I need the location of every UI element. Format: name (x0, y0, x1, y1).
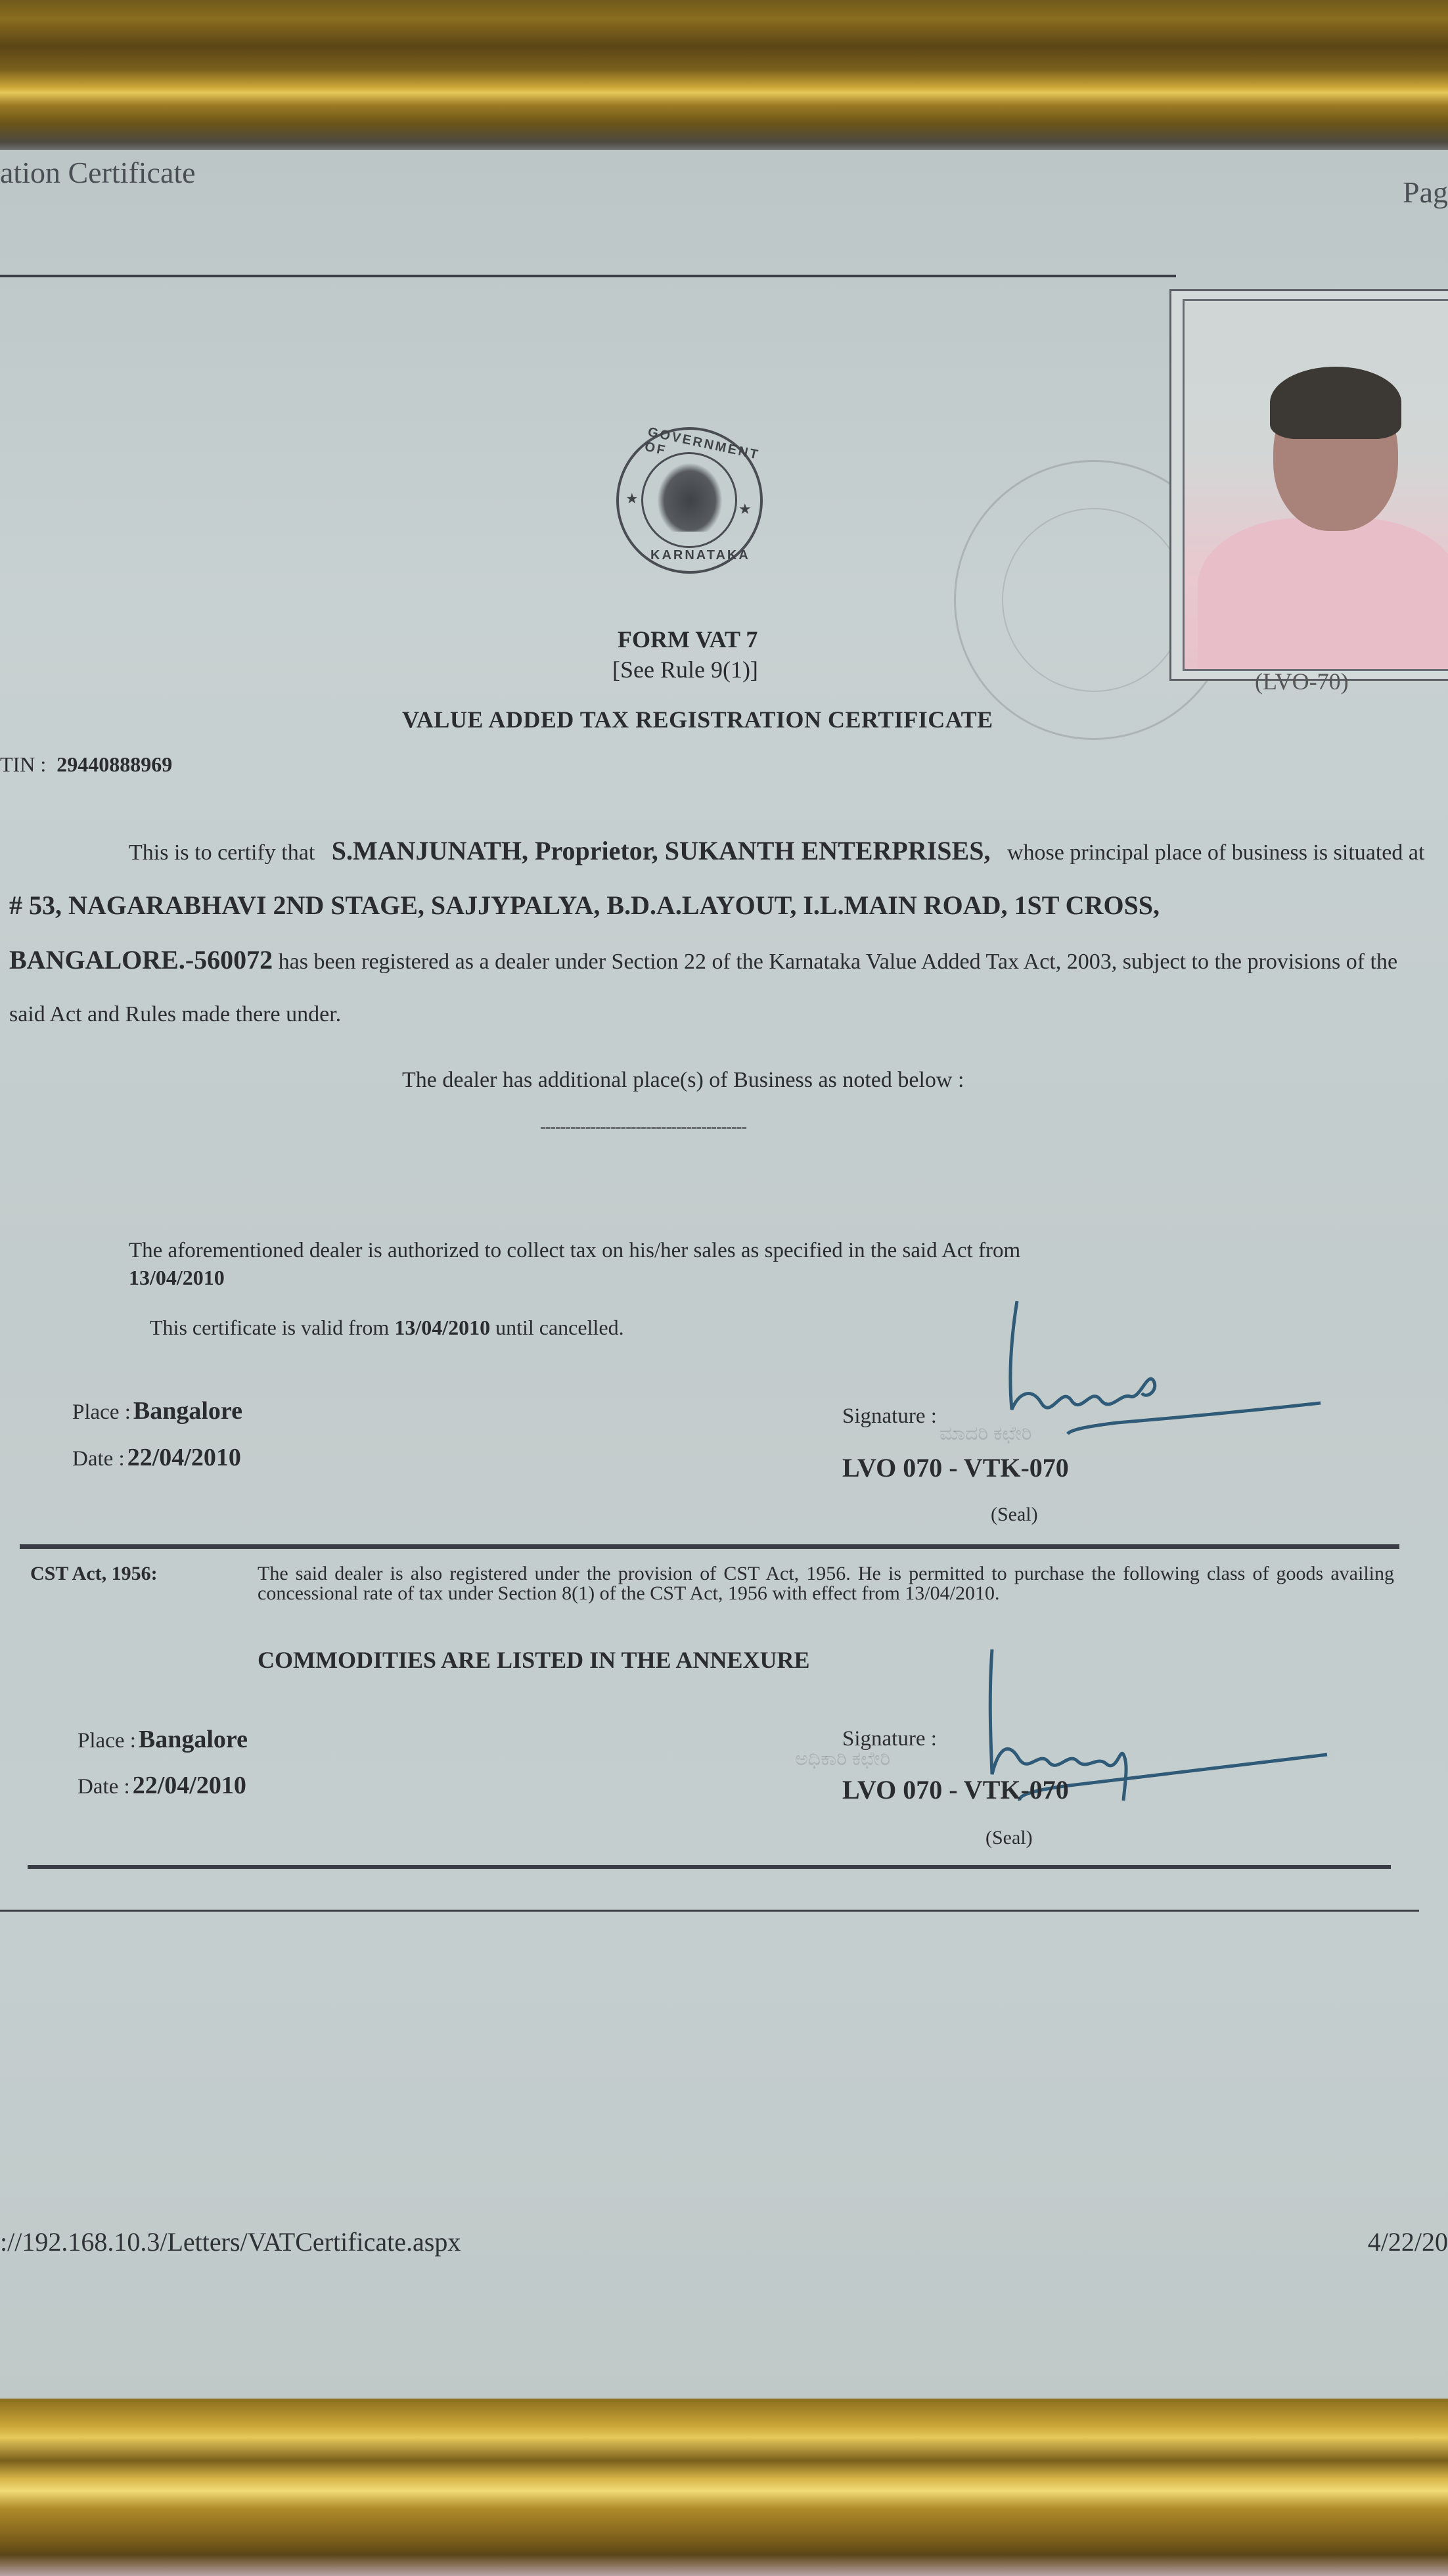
seal-impression-text: ಮಾದರಿ ಕಛೇರಿ (939, 1423, 1032, 1445)
page-header-title: ation Certificate (0, 155, 196, 190)
karnataka-emblem-icon: GOVERNMENT OF ★ ★ KARNATAKA (616, 427, 763, 574)
footer-date: 4/22/20 (1368, 2226, 1448, 2257)
header-rule (0, 275, 1176, 277)
certify-mid: whose principal place of business is sit… (1007, 840, 1424, 865)
vat-date: Date : 22/04/2010 (72, 1443, 241, 1472)
date-label: Date : (72, 1447, 125, 1471)
page-bottom-rule (0, 1910, 1419, 1912)
date-value: 22/04/2010 (127, 1444, 241, 1471)
cst-text: The said dealer is also registered under… (258, 1564, 1394, 1603)
place-value: Bangalore (139, 1726, 248, 1753)
validity-suffix: until cancelled. (495, 1316, 623, 1339)
cst-label: CST Act, 1956: (30, 1563, 158, 1585)
emblem-bottom-text: KARNATAKA (650, 548, 750, 563)
validity-prefix: This certificate is valid from (150, 1316, 389, 1339)
form-title: FORM VAT 7 (618, 626, 758, 653)
cst-seal-label: (Seal) (985, 1827, 1033, 1849)
validity-date: 13/04/2010 (394, 1316, 490, 1339)
footer-url: ://192.168.10.3/Letters/VATCertificate.a… (0, 2226, 461, 2257)
vat-signature-icon (920, 1295, 1340, 1439)
section-divider (28, 1865, 1391, 1869)
certify-intro: This is to certify that (129, 840, 315, 865)
photo-caption: (LVO-70) (1255, 668, 1349, 695)
cst-place: Place : Bangalore (78, 1725, 248, 1754)
cst-date: Date : 22/04/2010 (78, 1771, 246, 1800)
crest-icon (657, 463, 723, 532)
picture-frame-top (0, 0, 1448, 154)
cst-commodities-note: COMMODITIES ARE LISTED IN THE ANNEXURE (258, 1646, 810, 1674)
photo-shirt (1198, 518, 1448, 671)
validity-line: This certificate is valid from 13/04/201… (150, 1316, 624, 1340)
star-icon: ★ (738, 501, 752, 518)
tin-row: TIN : 29440888969 (0, 752, 172, 777)
dealer-name: S.MANJUNATH, Proprietor, SUKANTH ENTERPR… (332, 836, 991, 865)
authorization-text: The aforementioned dealer is authorized … (129, 1239, 1020, 1263)
tin-value: 29440888969 (57, 752, 172, 776)
picture-frame-bottom (0, 2399, 1448, 2576)
vat-officer: LVO 070 - VTK-070 (842, 1452, 1069, 1483)
certify-paragraph: This is to certify that S.MANJUNATH, Pro… (9, 825, 1428, 1041)
date-label: Date : (78, 1775, 130, 1799)
cst-officer: LVO 070 - VTK-070 (842, 1774, 1069, 1805)
vat-seal-label: (Seal) (991, 1504, 1038, 1526)
tin-label: TIN (0, 752, 35, 776)
additional-places-note: The dealer has additional place(s) of Bu… (402, 1068, 964, 1093)
photo-hair (1270, 367, 1401, 439)
section-divider (20, 1544, 1399, 1549)
date-value: 22/04/2010 (133, 1772, 246, 1799)
additional-places-value: ----------------------------------------… (540, 1117, 746, 1137)
authorization-from-date: 13/04/2010 (129, 1266, 225, 1290)
place-value: Bangalore (133, 1397, 242, 1425)
star-icon: ★ (625, 490, 639, 507)
seal-impression-text: ಅಧಿಕಾರಿ ಕಛೇರಿ (795, 1748, 890, 1770)
applicant-photo (1183, 299, 1448, 671)
form-rule-reference: [See Rule 9(1)] (612, 656, 758, 683)
page-header-page-number: Pag (1403, 175, 1448, 210)
place-label: Place : (72, 1400, 131, 1424)
certificate-title: VALUE ADDED TAX REGISTRATION CERTIFICATE (402, 706, 993, 733)
vat-place: Place : Bangalore (72, 1396, 242, 1425)
place-label: Place : (78, 1729, 136, 1753)
